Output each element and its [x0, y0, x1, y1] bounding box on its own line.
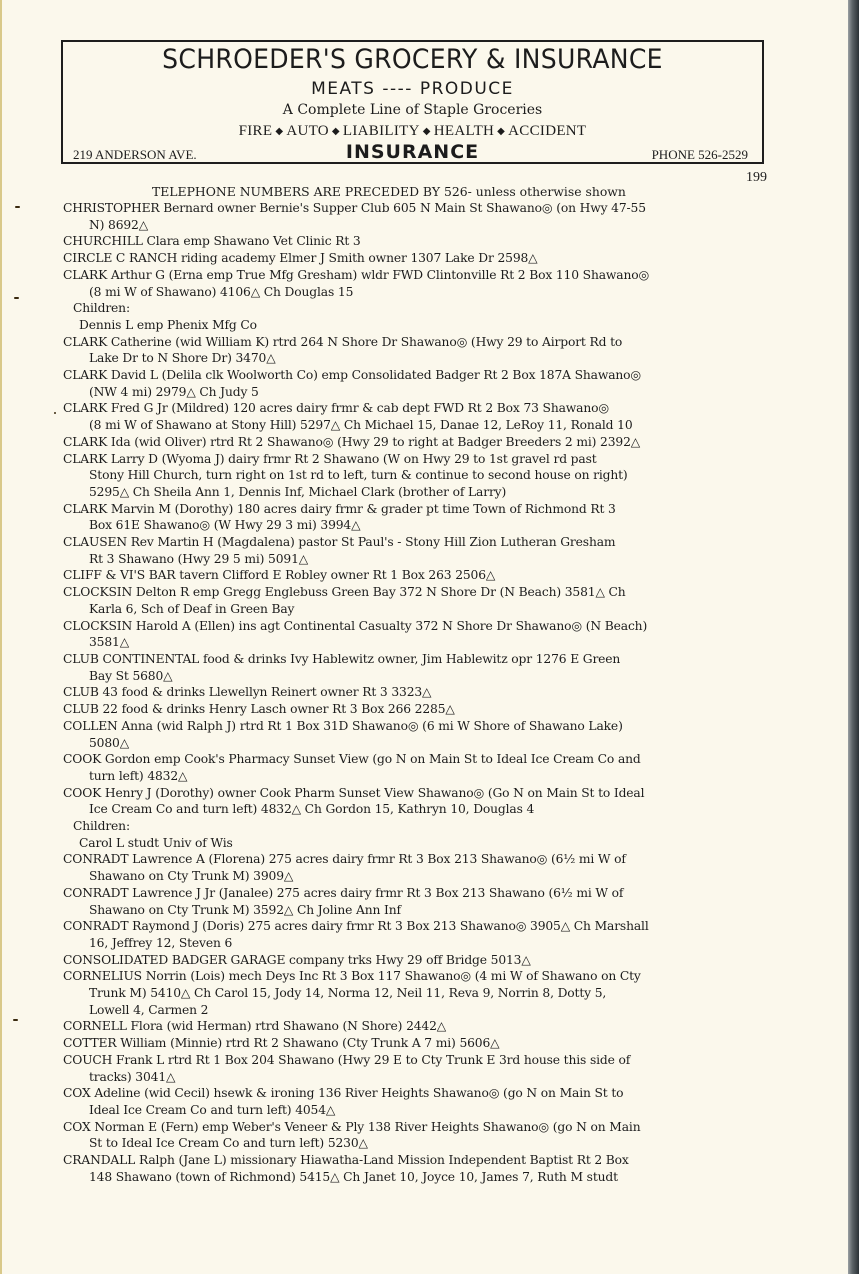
- directory-entry: CLUB CONTINENTAL food & drinks Ivy Hable…: [63, 651, 788, 684]
- entry-line: CIRCLE C RANCH riding academy Elmer J Sm…: [63, 250, 788, 267]
- directory-entry: CONRADT Lawrence A (Florena) 275 acres d…: [63, 851, 788, 884]
- entry-continuation-line: (NW 4 mi) 2979△ Ch Judy 5: [63, 384, 788, 401]
- book-page-edge: [848, 0, 859, 1274]
- entry-line: COLLEN Anna (wid Ralph J) rtrd Rt 1 Box …: [63, 718, 788, 735]
- directory-entry: CLARK Larry D (Wyoma J) dairy frmr Rt 2 …: [63, 451, 788, 501]
- entry-continuation-line: Shawano on Cty Trunk M) 3909△: [63, 868, 788, 885]
- entry-continuation-line: 16, Jeffrey 12, Steven 6: [63, 935, 788, 952]
- margin-mark-icon: [54, 412, 56, 414]
- children-label: Children:: [63, 818, 788, 835]
- ad-tagline: A Complete Line of Staple Groceries: [63, 102, 762, 118]
- margin-mark-icon: [14, 297, 19, 299]
- directory-entry: COX Norman E (Fern) emp Weber's Veneer &…: [63, 1119, 788, 1152]
- entry-line: COOK Gordon emp Cook's Pharmacy Sunset V…: [63, 751, 788, 768]
- directory-entry: CONRADT Lawrence J Jr (Janalee) 275 acre…: [63, 885, 788, 918]
- entry-continuation-line: St to Ideal Ice Cream Co and turn left) …: [63, 1135, 788, 1152]
- directory-entry: CLARK Arthur G (Erna emp True Mfg Gresha…: [63, 267, 788, 334]
- directory-entry: CLARK Fred G Jr (Mildred) 120 acres dair…: [63, 400, 788, 433]
- directory-entry: COLLEN Anna (wid Ralph J) rtrd Rt 1 Box …: [63, 718, 788, 751]
- directory-entry: COUCH Frank L rtrd Rt 1 Box 204 Shawano …: [63, 1052, 788, 1085]
- entry-line: CONRADT Raymond J (Doris) 275 acres dair…: [63, 918, 788, 935]
- entry-line: CORNELL Flora (wid Herman) rtrd Shawano …: [63, 1018, 788, 1035]
- entry-line: CLARK Arthur G (Erna emp True Mfg Gresha…: [63, 267, 788, 284]
- entry-continuation-line: tracks) 3041△: [63, 1069, 788, 1086]
- ad-title: SCHROEDER'S GROCERY & INSURANCE: [87, 44, 737, 75]
- entry-line: COX Adeline (wid Cecil) hsewk & ironing …: [63, 1085, 788, 1102]
- entry-line: CLARK Larry D (Wyoma J) dairy frmr Rt 2 …: [63, 451, 788, 468]
- directory-entry: CLARK Ida (wid Oliver) rtrd Rt 2 Shawano…: [63, 434, 788, 451]
- entry-continuation-line: Rt 3 Shawano (Hwy 29 5 mi) 5091△: [63, 551, 788, 568]
- entry-line: COX Norman E (Fern) emp Weber's Veneer &…: [63, 1119, 788, 1136]
- entry-line: CLUB CONTINENTAL food & drinks Ivy Hable…: [63, 651, 788, 668]
- diamond-separator-icon: ◆: [423, 126, 431, 137]
- entry-line: COOK Henry J (Dorothy) owner Cook Pharm …: [63, 785, 788, 802]
- page-number: 199: [746, 170, 767, 186]
- margin-mark-icon: [13, 1019, 18, 1021]
- directory-entry: CONRADT Raymond J (Doris) 275 acres dair…: [63, 918, 788, 951]
- entry-line: CONRADT Lawrence A (Florena) 275 acres d…: [63, 851, 788, 868]
- entry-line: CLIFF & VI'S BAR tavern Clifford E Roble…: [63, 567, 788, 584]
- directory-listings: CHRISTOPHER Bernard owner Bernie's Suppe…: [63, 200, 788, 1185]
- children-label: Children:: [63, 300, 788, 317]
- entry-line: COTTER William (Minnie) rtrd Rt 2 Shawan…: [63, 1035, 788, 1052]
- insurance-line-item: AUTO: [286, 123, 329, 139]
- directory-entry: CLUB 22 food & drinks Henry Lasch owner …: [63, 701, 788, 718]
- entry-continuation-line: Karla 6, Sch of Deaf in Green Bay: [63, 601, 788, 618]
- entry-line: CLAUSEN Rev Martin H (Magdalena) pastor …: [63, 534, 788, 551]
- diamond-separator-icon: ◆: [275, 126, 283, 137]
- entry-line: CRANDALL Ralph (Jane L) missionary Hiawa…: [63, 1152, 788, 1169]
- entry-continuation-line: Trunk M) 5410△ Ch Carol 15, Jody 14, Nor…: [63, 985, 788, 1002]
- schroeders-advertisement: SCHROEDER'S GROCERY & INSURANCE MEATS --…: [61, 40, 764, 164]
- entry-continuation-line: 5295△ Ch Sheila Ann 1, Dennis Inf, Micha…: [63, 484, 788, 501]
- entry-continuation-line: 5080△: [63, 735, 788, 752]
- directory-entry: CLARK Marvin M (Dorothy) 180 acres dairy…: [63, 501, 788, 534]
- entry-line: CLARK David L (Delila clk Woolworth Co) …: [63, 367, 788, 384]
- ad-phone: PHONE 526-2529: [652, 147, 748, 163]
- entry-continuation-line: turn left) 4832△: [63, 768, 788, 785]
- entry-continuation-line: Ice Cream Co and turn left) 4832△ Ch Gor…: [63, 801, 788, 818]
- directory-entry: CIRCLE C RANCH riding academy Elmer J Sm…: [63, 250, 788, 267]
- entry-continuation-line: Bay St 5680△: [63, 668, 788, 685]
- directory-entry: COTTER William (Minnie) rtrd Rt 2 Shawan…: [63, 1035, 788, 1052]
- directory-page: SCHROEDER'S GROCERY & INSURANCE MEATS --…: [0, 0, 848, 1274]
- insurance-line-item: LIABILITY: [343, 123, 420, 139]
- diamond-separator-icon: ◆: [332, 126, 340, 137]
- entry-continuation-line: Shawano on Cty Trunk M) 3592△ Ch Joline …: [63, 902, 788, 919]
- entry-continuation-line: Lowell 4, Carmen 2: [63, 1002, 788, 1019]
- entry-line: CHURCHILL Clara emp Shawano Vet Clinic R…: [63, 233, 788, 250]
- directory-entry: CORNELIUS Norrin (Lois) mech Deys Inc Rt…: [63, 968, 788, 1018]
- insurance-line-item: HEALTH: [434, 123, 494, 139]
- entry-continuation-line: Box 61E Shawano◎ (W Hwy 29 3 mi) 3994△: [63, 517, 788, 534]
- entry-continuation-line: (8 mi W of Shawano) 4106△ Ch Douglas 15: [63, 284, 788, 301]
- entry-line: CONRADT Lawrence J Jr (Janalee) 275 acre…: [63, 885, 788, 902]
- ad-insurance-lines: FIRE◆AUTO◆LIABILITY◆HEALTH◆ACCIDENT: [63, 123, 762, 140]
- entry-line: COUCH Frank L rtrd Rt 1 Box 204 Shawano …: [63, 1052, 788, 1069]
- entry-line: CLARK Catherine (wid William K) rtrd 264…: [63, 334, 788, 351]
- entry-continuation-line: Stony Hill Church, turn right on 1st rd …: [63, 467, 788, 484]
- directory-entry: CLARK David L (Delila clk Woolworth Co) …: [63, 367, 788, 400]
- directory-entry: CORNELL Flora (wid Herman) rtrd Shawano …: [63, 1018, 788, 1035]
- insurance-line-item: FIRE: [239, 123, 273, 139]
- entry-line: CHRISTOPHER Bernard owner Bernie's Suppe…: [63, 200, 788, 217]
- entry-line: CLOCKSIN Harold A (Ellen) ins agt Contin…: [63, 618, 788, 635]
- directory-entry: COX Adeline (wid Cecil) hsewk & ironing …: [63, 1085, 788, 1118]
- entry-line: CLUB 22 food & drinks Henry Lasch owner …: [63, 701, 788, 718]
- entry-line: CLARK Ida (wid Oliver) rtrd Rt 2 Shawano…: [63, 434, 788, 451]
- directory-entry: COOK Gordon emp Cook's Pharmacy Sunset V…: [63, 751, 788, 784]
- directory-entry: CLOCKSIN Delton R emp Gregg Englebuss Gr…: [63, 584, 788, 617]
- directory-entry: CHRISTOPHER Bernard owner Bernie's Suppe…: [63, 200, 788, 233]
- child-entry: Carol L studt Univ of Wis: [63, 835, 788, 852]
- telephone-notice: TELEPHONE NUMBERS ARE PRECEDED BY 526- u…: [152, 184, 626, 199]
- directory-entry: CONSOLIDATED BADGER GARAGE company trks …: [63, 952, 788, 969]
- entry-line: CLARK Fred G Jr (Mildred) 120 acres dair…: [63, 400, 788, 417]
- entry-continuation-line: Lake Dr to N Shore Dr) 3470△: [63, 350, 788, 367]
- insurance-line-item: ACCIDENT: [508, 123, 586, 139]
- diamond-separator-icon: ◆: [497, 126, 505, 137]
- entry-continuation-line: 3581△: [63, 634, 788, 651]
- directory-entry: CRANDALL Ralph (Jane L) missionary Hiawa…: [63, 1152, 788, 1185]
- directory-entry: CLUB 43 food & drinks Llewellyn Reinert …: [63, 684, 788, 701]
- directory-entry: COOK Henry J (Dorothy) owner Cook Pharm …: [63, 785, 788, 852]
- directory-entry: CLARK Catherine (wid William K) rtrd 264…: [63, 334, 788, 367]
- margin-mark-icon: [15, 206, 20, 208]
- entry-continuation-line: (8 mi W of Shawano at Stony Hill) 5297△ …: [63, 417, 788, 434]
- ad-subtitle: MEATS ---- PRODUCE: [63, 79, 762, 99]
- entry-line: CLOCKSIN Delton R emp Gregg Englebuss Gr…: [63, 584, 788, 601]
- directory-entry: CLAUSEN Rev Martin H (Magdalena) pastor …: [63, 534, 788, 567]
- directory-entry: CHURCHILL Clara emp Shawano Vet Clinic R…: [63, 233, 788, 250]
- child-entry: Dennis L emp Phenix Mfg Co: [63, 317, 788, 334]
- entry-continuation-line: 148 Shawano (town of Richmond) 5415△ Ch …: [63, 1169, 788, 1186]
- directory-entry: CLOCKSIN Harold A (Ellen) ins agt Contin…: [63, 618, 788, 651]
- ad-footer: 219 ANDERSON AVE. INSURANCE PHONE 526-25…: [63, 141, 762, 163]
- entry-line: CLARK Marvin M (Dorothy) 180 acres dairy…: [63, 501, 788, 518]
- directory-entry: CLIFF & VI'S BAR tavern Clifford E Roble…: [63, 567, 788, 584]
- entry-continuation-line: N) 8692△: [63, 217, 788, 234]
- entry-continuation-line: Ideal Ice Cream Co and turn left) 4054△: [63, 1102, 788, 1119]
- entry-line: CORNELIUS Norrin (Lois) mech Deys Inc Rt…: [63, 968, 788, 985]
- entry-line: CONSOLIDATED BADGER GARAGE company trks …: [63, 952, 788, 969]
- entry-line: CLUB 43 food & drinks Llewellyn Reinert …: [63, 684, 788, 701]
